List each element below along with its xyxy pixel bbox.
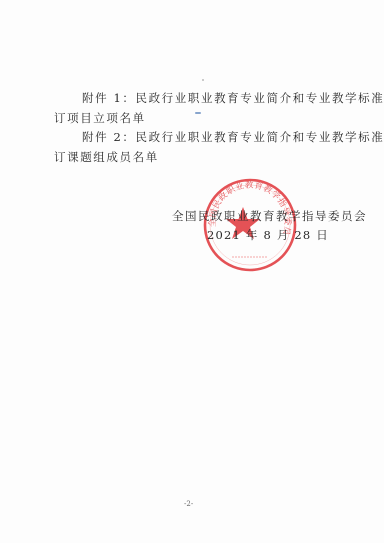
attachment-1-line-2: 订项目立项名单	[54, 111, 146, 125]
ink-mark	[195, 112, 201, 114]
signing-organization: 全国民政职业教育教学指导委员会	[172, 209, 367, 223]
page-number: -2-	[184, 500, 193, 508]
official-seal-stamp: 全国民政职业教育教学指导委员会	[202, 177, 298, 273]
attachment-1-line-1: 附件 1：民政行业职业教育专业简介和专业教学标准修（制）	[82, 91, 384, 105]
attachment-2-line-2: 订课题组成员名单	[54, 150, 159, 164]
signing-date: 2021 年 8 月 28 日	[207, 228, 329, 242]
document-page: 附件 1：民政行业职业教育专业简介和专业教学标准修（制） 订项目立项名单 附件 …	[0, 0, 384, 543]
scan-artifact	[202, 79, 204, 81]
attachment-2-line-1: 附件 2：民政行业职业教育专业简介和专业教学标准修（制）	[82, 130, 384, 144]
